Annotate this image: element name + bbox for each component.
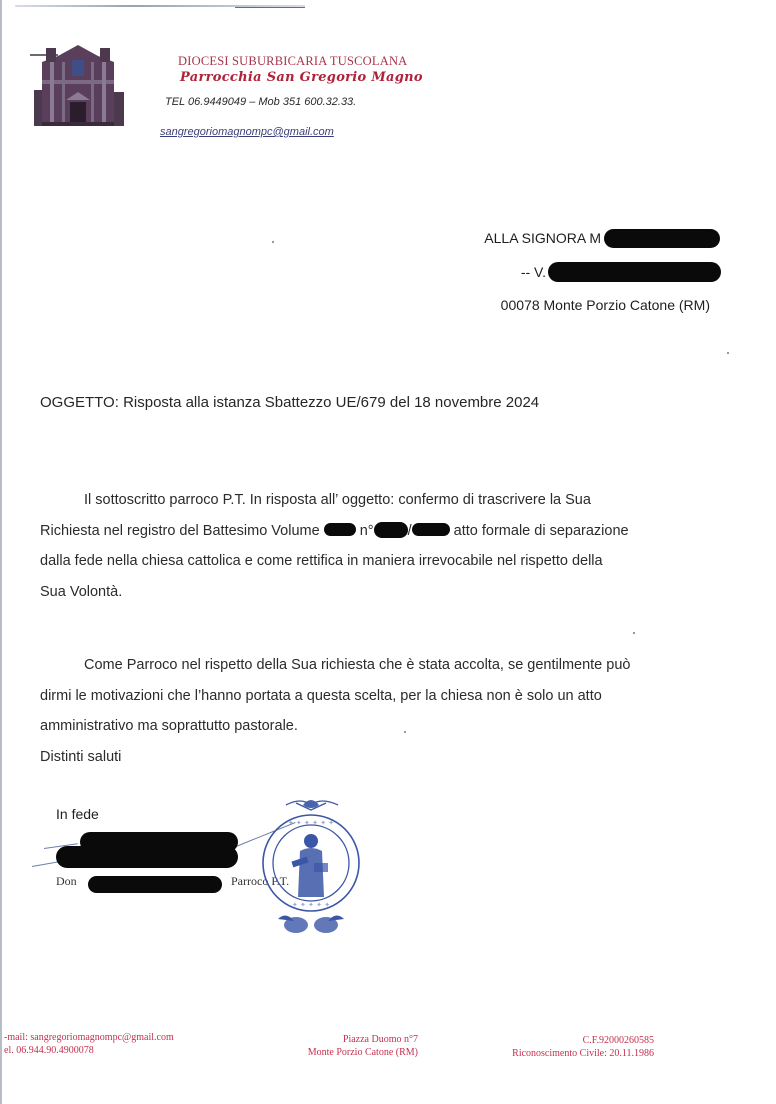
scan-speck [727,352,729,354]
svg-text:✦ ✦ ✦ ✦ ✦ ✦: ✦ ✦ ✦ ✦ ✦ ✦ [288,819,334,827]
diocese-name: DIOCESI SUBURBICARIA TUSCOLANA [178,54,407,69]
footer-address: Piazza Duomo n°7 Monte Porzio Catone (RM… [278,1033,418,1059]
paragraph-line: dirmi le motivazioni che l’hanno portata… [40,681,720,712]
paragraph-line: Il sottoscritto parroco P.T. In risposta… [40,485,720,516]
scan-speck [633,632,635,634]
footer-contact: -mail: sangregoriomagnompc@gmail.com el.… [4,1031,174,1057]
parish-phone: TEL 06.9449049 – Mob 351 600.32.33. [165,96,356,108]
closing-salutation: Distinti saluti [40,742,720,773]
footer-phone: el. 06.944.90.4900078 [4,1044,174,1057]
scan-speck [404,731,406,733]
footer-legal: C.F.92000260585 Riconoscimento Civile: 2… [480,1034,654,1060]
footer-city: Monte Porzio Catone (RM) [278,1046,418,1059]
parish-name: Parrocchia San Gregorio Magno [180,70,423,85]
redaction-year [412,523,450,536]
redaction-signature [56,846,238,868]
sign-off-in-fede: In fede [56,806,99,822]
scan-artifact-line [235,7,305,8]
redaction-volume [324,523,356,536]
footer-tax-code: C.F.92000260585 [480,1034,654,1047]
signature-don-label: Don [56,874,77,889]
parish-seal-stamp-icon: ✦ ✦ ✦ ✦ ✦ ✦ ✦ ✦ ✦ ✦ ✦ [256,793,366,941]
paragraph-line: Come Parroco nel rispetto della Sua rich… [40,650,720,681]
recipient-line-2: -- V. [521,264,546,280]
footer-street: Piazza Duomo n°7 [278,1033,418,1046]
scan-edge [0,0,2,1104]
parish-email-link[interactable]: sangregoriomagnompc@gmail.com [160,126,334,138]
redaction-priest-name [88,876,222,893]
scan-speck [272,241,274,243]
footer-civil-recognition: Riconoscimento Civile: 20.11.1986 [480,1047,654,1060]
redaction-recipient-street [548,262,721,282]
recipient-city: 00078 Monte Porzio Catone (RM) [501,297,710,313]
svg-text:✦ ✦ ✦ ✦ ✦: ✦ ✦ ✦ ✦ ✦ [292,901,330,909]
paragraph-line: Sua Volontà. [40,577,720,608]
paragraph-line: dalla fede nella chiesa cattolica e come… [40,546,720,577]
recipient-line-1: ALLA SIGNORA M [484,230,601,246]
footer-email: -mail: sangregoriomagnompc@gmail.com [4,1031,174,1044]
body-paragraph-2: Come Parroco nel rispetto della Sua rich… [40,650,720,772]
letter-subject: OGGETTO: Risposta alla istanza Sbattezzo… [40,394,539,411]
paragraph-line: amministrativo ma soprattutto pastorale. [40,711,720,742]
redaction-recipient-name [604,229,720,248]
paragraph-line: Richiesta nel registro del Battesimo Vol… [40,516,720,547]
redaction-number [374,522,408,538]
church-facade-icon [28,42,128,126]
body-paragraph-1: Il sottoscritto parroco P.T. In risposta… [40,485,720,607]
